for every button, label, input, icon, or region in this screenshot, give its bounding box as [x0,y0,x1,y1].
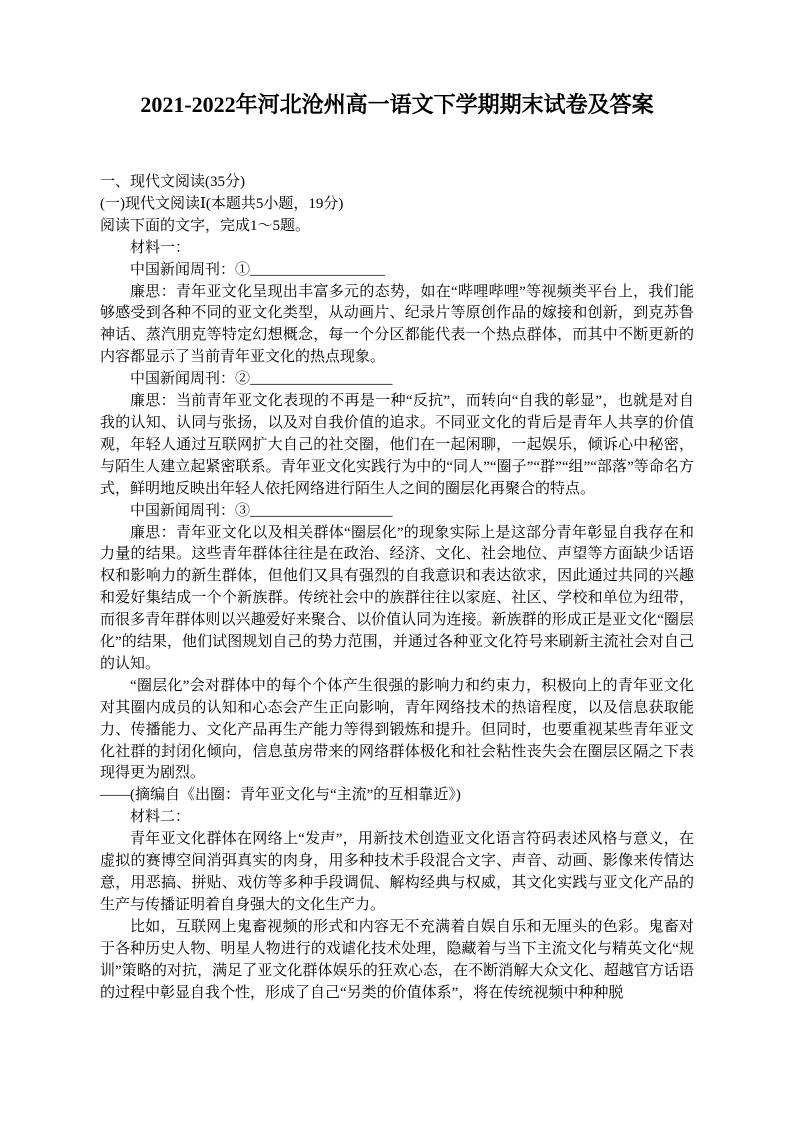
interview-answer-2: 廉思：当前青年亚文化表现的不再是一种“反抗”，而转向“自我的彰显”，也就是对自我… [100,391,694,501]
document-body: 一、现代文阅读(35分) (一)现代文阅读Ⅰ(本题共5小题，19分) 阅读下面的… [100,172,694,1004]
title-spacer [100,120,694,172]
subsection-heading: (一)现代文阅读Ⅰ(本题共5小题，19分) [100,194,694,216]
material-one-closing-paragraph: “圈层化”会对群体中的每个个体产生很强的影响力和约束力，积极向上的青年亚文化对其… [100,676,694,786]
material-two-label: 材料二： [100,807,694,829]
interview-question-2: 中国新闻周刊：②___________________ [100,369,694,391]
document-title: 2021-2022年河北沧州高一语文下学期期末试卷及答案 [100,90,694,120]
interview-answer-1: 廉思：青年亚文化呈现出丰富多元的态势，如在“哔哩哔哩”等视频类平台上，我们能够感… [100,282,694,370]
reading-instruction: 阅读下面的文字，完成1～5题。 [100,216,694,238]
interview-question-3: 中国新闻周刊：③___________________ [100,501,694,523]
document-page: 2021-2022年河北沧州高一语文下学期期末试卷及答案 一、现代文阅读(35分… [0,0,794,1123]
material-one-label: 材料一： [100,238,694,260]
source-attribution: ——(摘编自《出圈：青年亚文化与“主流”的互相靠近》) [100,785,694,807]
interview-question-1: 中国新闻周刊：①__________________ [100,260,694,282]
material-two-paragraph-1: 青年亚文化群体在网络上“发声”，用新技术创造亚文化语言符码表述风格与意义，在虚拟… [100,829,694,917]
interview-answer-3: 廉思：青年亚文化以及相关群体“圈层化”的现象实际上是这部分青年彰显自我存在和力量… [100,523,694,676]
section-heading: 一、现代文阅读(35分) [100,172,694,194]
material-two-paragraph-2: 比如，互联网上鬼畜视频的形式和内容无不充满着自娱自乐和无厘头的色彩。鬼畜对于各种… [100,917,694,1005]
